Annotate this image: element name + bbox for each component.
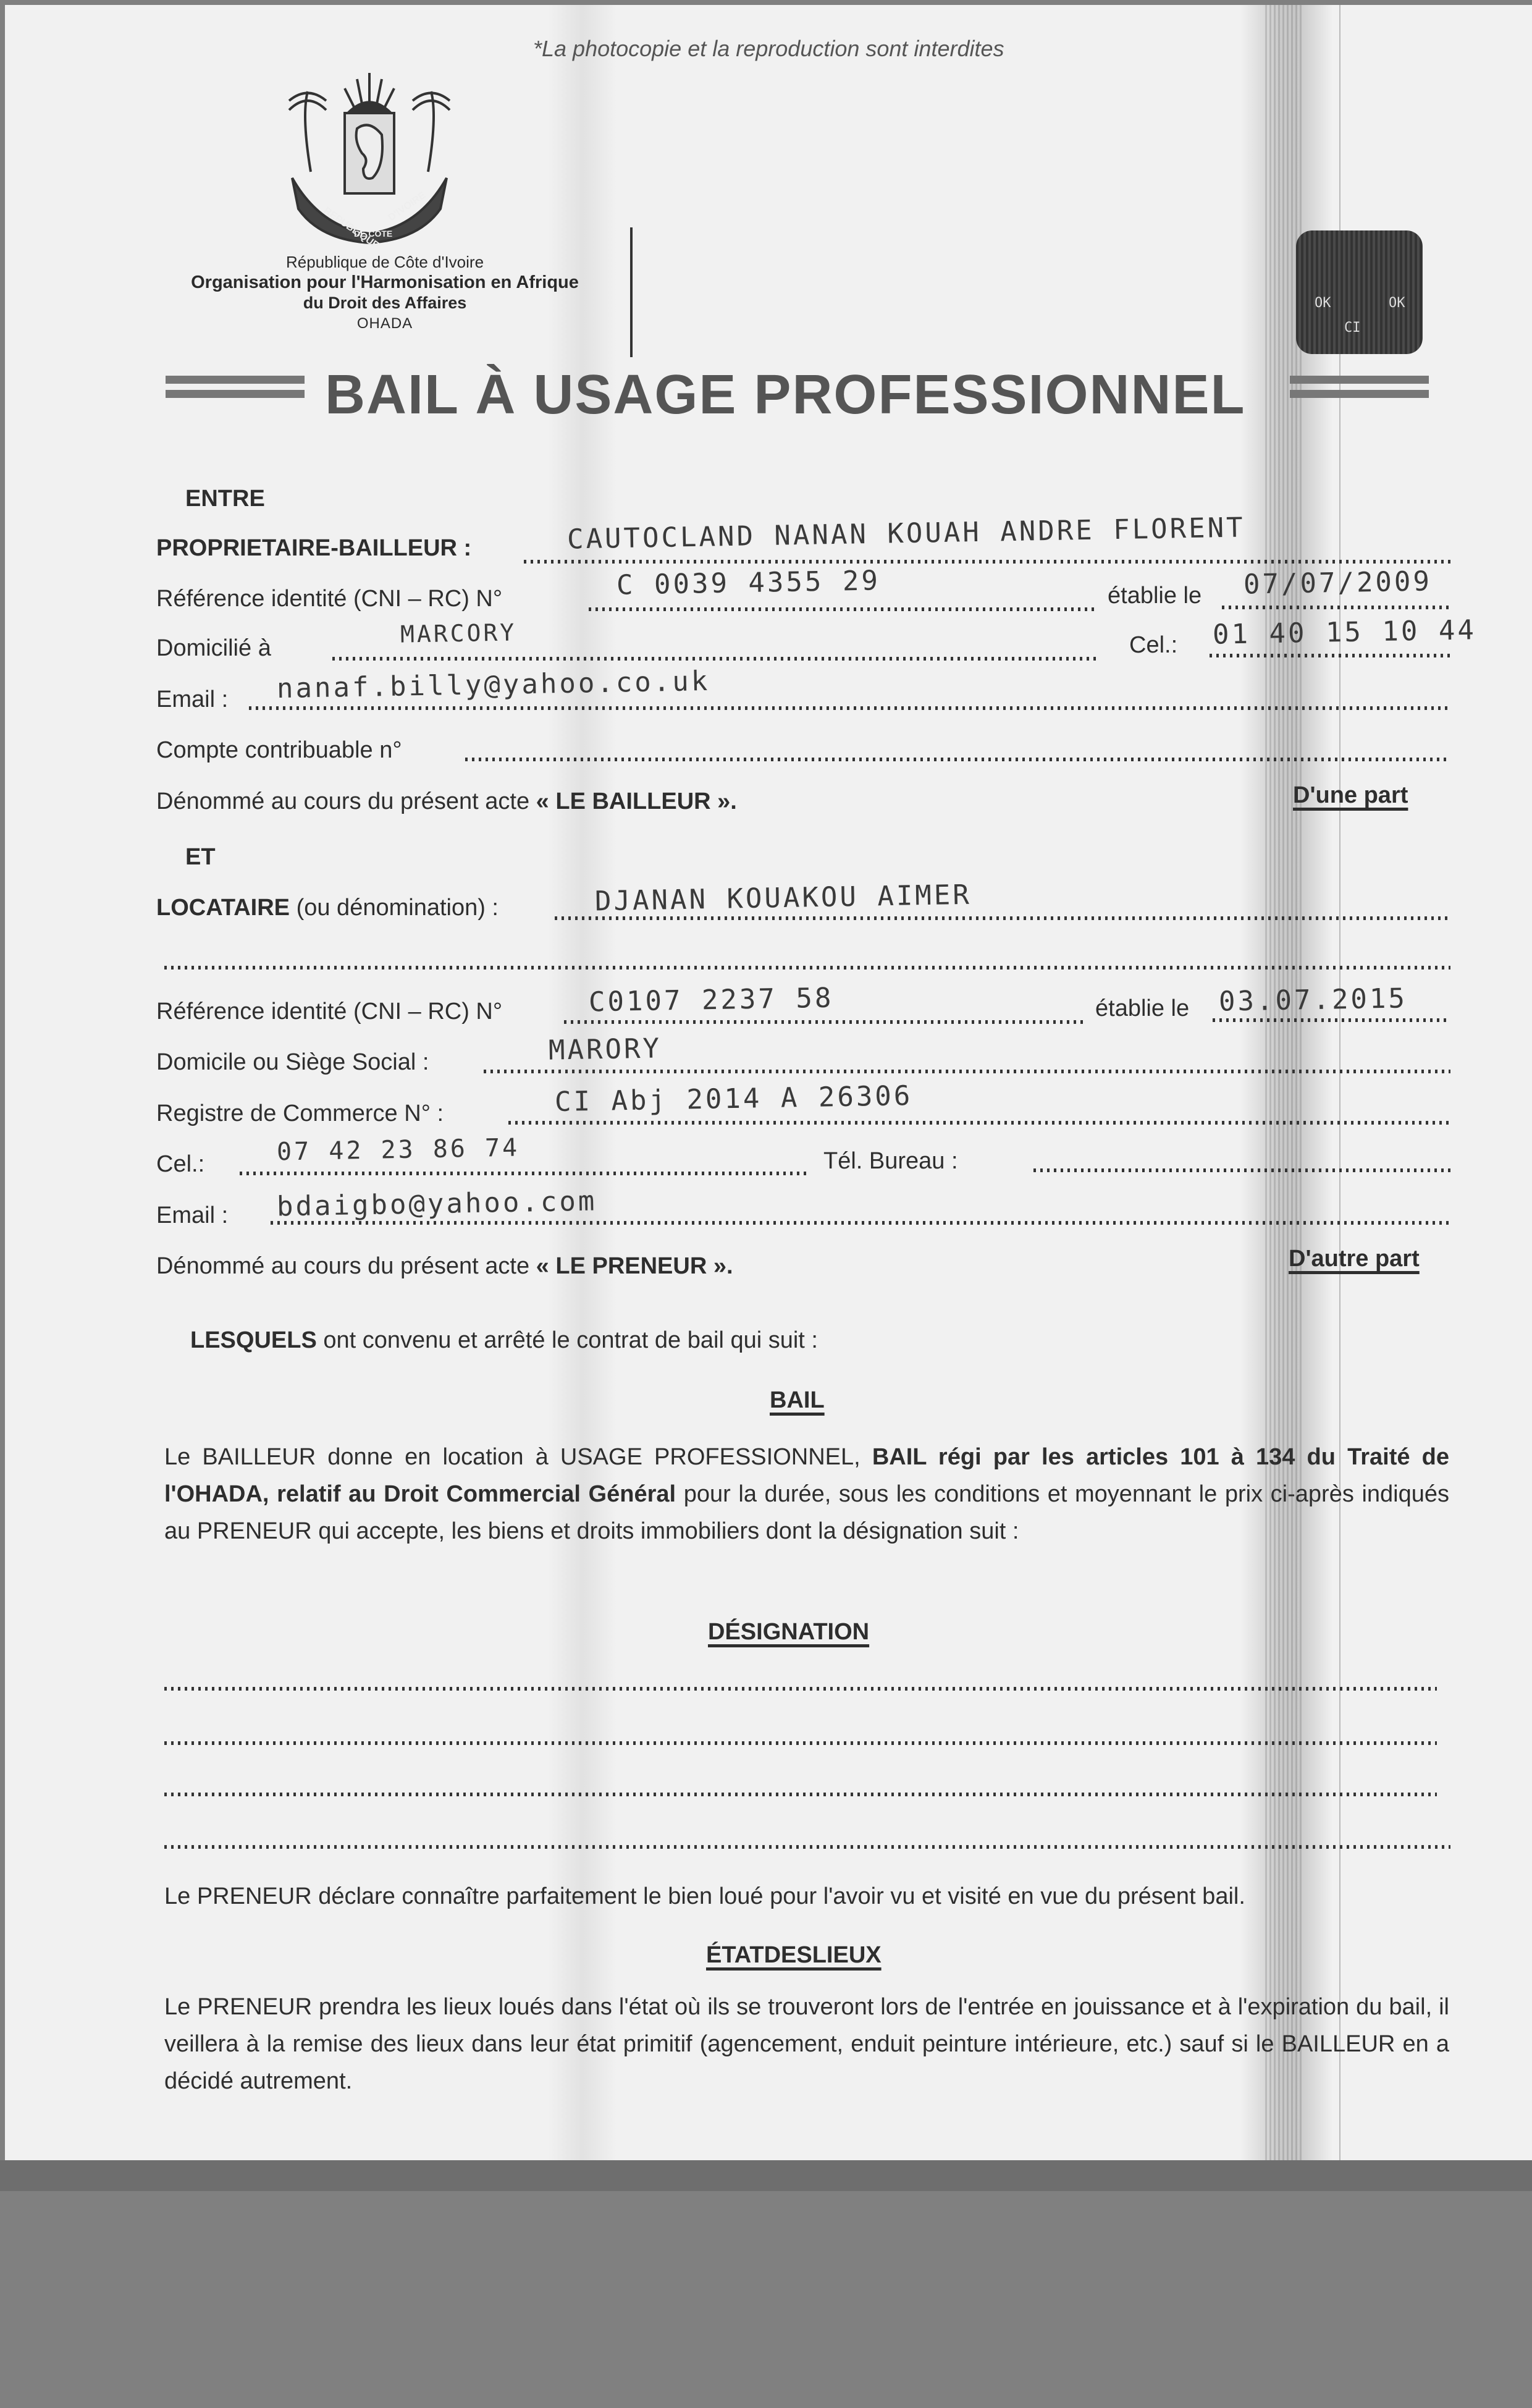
tenant-domicile-line bbox=[484, 1070, 1450, 1073]
owner-email-value[interactable]: nanaf.billy@yahoo.co.uk bbox=[277, 665, 710, 704]
title-rule-right bbox=[1290, 376, 1429, 404]
owner-id-date-line bbox=[1222, 606, 1450, 609]
etat-des-lieux-clause: Le PRENEUR prendra les lieux loués dans … bbox=[164, 1988, 1449, 2100]
owner-name-value[interactable]: CAUTOCLAND NANAN KOUAH ANDRE FLORENT bbox=[567, 512, 1245, 555]
tenant-id-date-label: établie le bbox=[1095, 995, 1189, 1022]
scan-edge bbox=[0, 2160, 1532, 2191]
party-one-label: D'une part bbox=[1293, 782, 1408, 809]
fiscal-stamp: OK OK CI bbox=[1296, 230, 1423, 354]
bailleur-designation: Dénommé au cours du présent acte « LE BA… bbox=[156, 788, 737, 815]
tenant-domicile-value[interactable]: MARORY bbox=[549, 1033, 662, 1066]
section-heading-etat-des-lieux: ÉTATDESLIEUX bbox=[706, 1942, 882, 1969]
owner-domicile-line bbox=[332, 657, 1098, 661]
bail-clause: Le BAILLEUR donne en location à USAGE PR… bbox=[164, 1438, 1449, 1550]
owner-id-date-value[interactable]: 07/07/2009 bbox=[1244, 565, 1433, 600]
tenant-rc-value[interactable]: CI Abj 2014 A 26306 bbox=[555, 1080, 913, 1118]
tenant-email-value[interactable]: bdaigbo@yahoo.com bbox=[277, 1185, 597, 1222]
tenant-tel-label: Tél. Bureau : bbox=[823, 1148, 958, 1175]
agreement-intro: LESQUELS ont convenu et arrêté le contra… bbox=[190, 1327, 818, 1354]
owner-id-date-label: établie le bbox=[1108, 583, 1202, 609]
owner-id-line bbox=[589, 607, 1095, 611]
tenant-id-line bbox=[564, 1020, 1086, 1024]
designation-line[interactable] bbox=[164, 1845, 1450, 1849]
tenant-domicile-label: Domicile ou Siège Social : bbox=[156, 1049, 429, 1076]
designation-line[interactable] bbox=[164, 1687, 1437, 1691]
inspection-declaration: Le PRENEUR déclare connaître parfaitemen… bbox=[164, 1883, 1245, 1910]
tenant-cel-label: Cel.: bbox=[156, 1151, 204, 1178]
designation-line[interactable] bbox=[164, 1793, 1437, 1796]
divider bbox=[630, 227, 633, 357]
tenant-label: LOCATAIRE (ou dénomination) : bbox=[156, 895, 499, 921]
issuing-organization: République de Côte d'Ivoire Organisation… bbox=[184, 252, 586, 334]
owner-cel-line bbox=[1210, 654, 1450, 657]
tenant-field-line-2 bbox=[164, 966, 1450, 970]
entre-label: ENTRE bbox=[185, 486, 265, 512]
title-rule-left bbox=[166, 376, 305, 404]
tenant-rc-label: Registre de Commerce N° : bbox=[156, 1100, 444, 1127]
owner-field-line bbox=[524, 560, 1450, 564]
owner-tax-line bbox=[465, 758, 1450, 761]
tenant-name-value[interactable]: DJANAN KOUAKOU AIMER bbox=[595, 879, 972, 918]
tenant-cel-value[interactable]: 07 42 23 86 74 bbox=[277, 1134, 520, 1167]
scanner-background bbox=[0, 2191, 1532, 2408]
tenant-email-line bbox=[271, 1221, 1450, 1225]
tenant-id-date-value[interactable]: 03.07.2015 bbox=[1219, 982, 1408, 1017]
tenant-id-label: Référence identité (CNI – RC) N° bbox=[156, 999, 502, 1025]
party-two-label: D'autre part bbox=[1289, 1246, 1420, 1272]
svg-text:DE COTE: DE COTE bbox=[354, 229, 392, 239]
section-heading-bail: BAIL bbox=[770, 1387, 825, 1414]
section-heading-designation: DÉSIGNATION bbox=[708, 1619, 869, 1645]
tenant-tel-line bbox=[1033, 1168, 1450, 1172]
tenant-cel-line bbox=[240, 1172, 808, 1175]
owner-domicile-label: Domicilié à bbox=[156, 635, 271, 662]
owner-id-value[interactable]: C 0039 4355 29 bbox=[617, 565, 881, 601]
coat-of-arms-icon: REPUBLIQUE DE COTE D'IVOIRE bbox=[264, 67, 474, 246]
owner-label: PROPRIETAIRE-BAILLEUR : bbox=[156, 535, 471, 562]
designation-line[interactable] bbox=[164, 1741, 1437, 1745]
copy-notice: *La photocopie et la reproduction sont i… bbox=[533, 36, 1004, 62]
document-title: BAIL À USAGE PROFESSIONNEL bbox=[166, 363, 1432, 419]
et-label: ET bbox=[185, 844, 216, 871]
preneur-designation: Dénommé au cours du présent acte « LE PR… bbox=[156, 1253, 733, 1280]
document-page: *La photocopie et la reproduction sont i… bbox=[5, 5, 1532, 2160]
owner-cel-label: Cel.: bbox=[1129, 632, 1177, 659]
tenant-id-value[interactable]: C0107 2237 58 bbox=[589, 982, 834, 1018]
tenant-rc-line bbox=[508, 1121, 1450, 1125]
owner-tax-label: Compte contribuable n° bbox=[156, 737, 402, 764]
owner-domicile-value[interactable]: MARCORY bbox=[400, 619, 517, 648]
tenant-field-line bbox=[555, 916, 1450, 920]
owner-email-label: Email : bbox=[156, 686, 228, 713]
owner-id-label: Référence identité (CNI – RC) N° bbox=[156, 586, 502, 612]
tenant-id-date-line bbox=[1213, 1018, 1450, 1022]
owner-cel-value[interactable]: 01 40 15 10 44 bbox=[1213, 614, 1477, 650]
tenant-email-label: Email : bbox=[156, 1202, 228, 1229]
owner-email-line bbox=[249, 706, 1450, 710]
